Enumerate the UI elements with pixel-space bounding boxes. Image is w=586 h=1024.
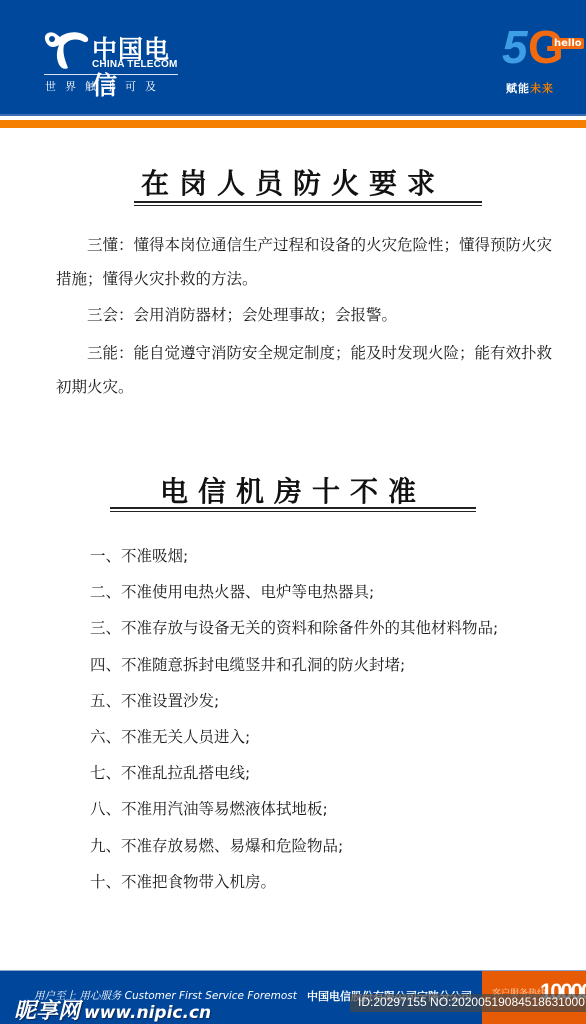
watermark: 昵享网www.nipic.cn <box>14 994 211 1024</box>
5g-hello-tag: hello <box>552 38 584 49</box>
watermark-brand: 昵享网 <box>14 999 80 1024</box>
china-telecom-logo: 中国电信 CHINA TELECOM 世界触手可及 <box>40 26 180 96</box>
title-underline <box>134 201 482 206</box>
section-title-fire-requirements: 在岗人员防火要求 <box>0 162 586 202</box>
paragraph-three-understand: 三懂：懂得本岗位通信生产过程和设备的火灾危险性；懂得预防火灾措施；懂得火灾扑救的… <box>56 228 556 296</box>
5g-five-glyph: 5 <box>502 20 528 74</box>
paragraph-three-ability: 三能：能自觉遵守消防安全规定制度；能及时发现火险；能有效扑救初期火灾。 <box>56 336 556 404</box>
list-item: 九、不准存放易燃、易爆和危险物品; <box>90 828 560 864</box>
list-item: 二、不准使用电热火器、电炉等电热器具; <box>90 574 560 610</box>
list-item: 八、不准用汽油等易燃液体拭地板; <box>90 791 560 827</box>
section-title-machine-room-rules: 电信机房十不准 <box>0 470 586 510</box>
logo-english-name: CHINA TELECOM <box>92 59 178 70</box>
paragraph-three-can-do: 三会：会用消防器材；会处理事故；会报警。 <box>56 298 556 332</box>
logo-slogan: 世界触手可及 <box>45 78 165 94</box>
orange-stripe <box>0 120 586 128</box>
title-underline <box>110 507 476 512</box>
list-item: 七、不准乱拉乱搭电线; <box>90 755 560 791</box>
5g-badge: 5 G hello 赋能未来 <box>500 24 580 100</box>
5g-tagline: 赋能未来 <box>506 80 554 96</box>
image-id-text: ID:20297155 NO:20200519084518631000 <box>358 995 585 1009</box>
header-divider <box>0 114 586 116</box>
list-item: 四、不准随意拆封电缆竖井和孔洞的防火封堵; <box>90 647 560 683</box>
5g-tagline-b: 未来 <box>530 82 554 95</box>
list-item: 十、不准把食物带入机房。 <box>90 864 560 900</box>
telecom-emblem-icon <box>40 28 92 72</box>
list-item: 三、不准存放与设备无关的资料和除备件外的其他材料物品; <box>90 610 560 646</box>
list-item: 五、不准设置沙发; <box>90 683 560 719</box>
rules-list: 一、不准吸烟; 二、不准使用电热火器、电炉等电热器具; 三、不准存放与设备无关的… <box>90 538 560 900</box>
list-item: 一、不准吸烟; <box>90 538 560 574</box>
logo-divider <box>44 74 178 75</box>
list-item: 六、不准无关人员进入; <box>90 719 560 755</box>
watermark-url: www.nipic.cn <box>84 1003 211 1023</box>
5g-tagline-a: 赋能 <box>506 82 530 95</box>
